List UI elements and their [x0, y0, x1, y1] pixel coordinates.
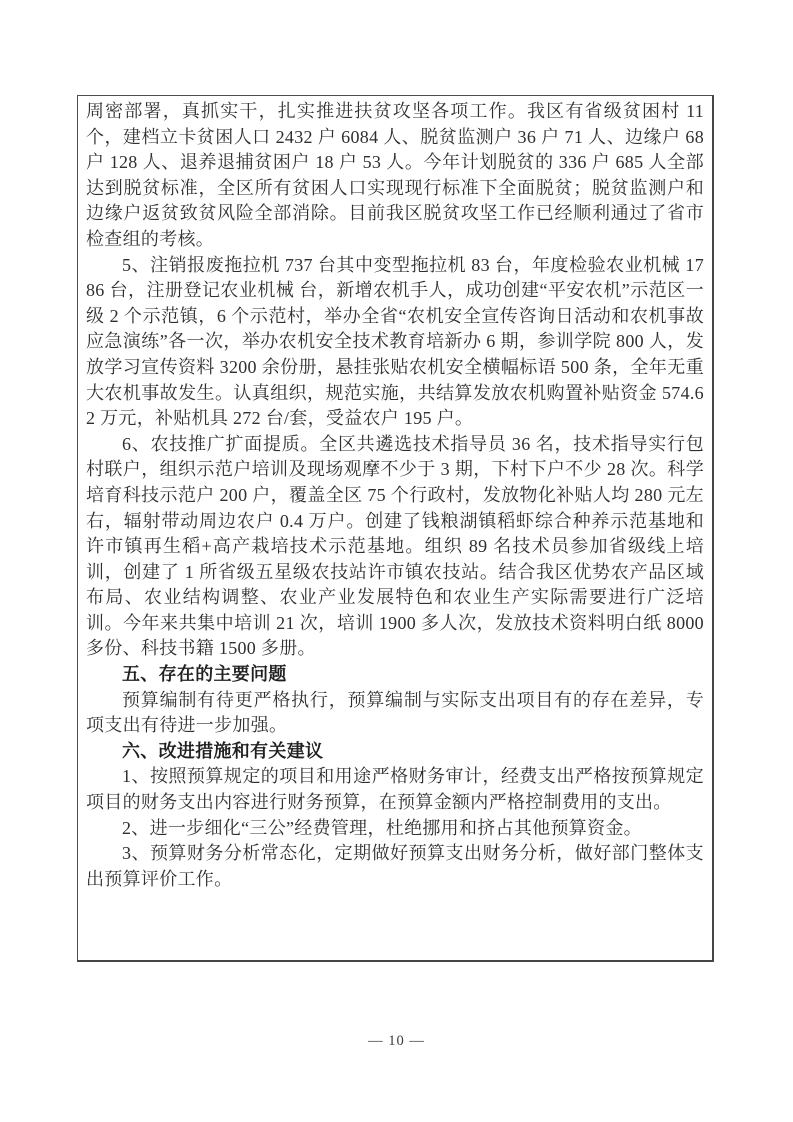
- paragraph-item-5: 5、注销报废拖拉机 737 台其中变型拖拉机 83 台，年度检验农业机械 178…: [86, 253, 704, 432]
- paragraph-suggestion-3: 3、预算财务分析常态化，定期做好预算支出财务分析，做好部门整体支出预算评价工作。: [86, 841, 704, 892]
- paragraph-continuation: 周密部署，真抓实干，扎实推进扶贫攻坚各项工作。我区有省级贫困村 11 个，建档立…: [86, 99, 704, 253]
- section-heading-5: 五、存在的主要问题: [86, 662, 704, 688]
- paragraph-item-6: 6、农技推广扩面提质。全区共遴选技术指导员 36 名，技术指导实行包村联户，组织…: [86, 432, 704, 662]
- section-heading-6: 六、改进措施和有关建议: [86, 739, 704, 765]
- content-table-cell: 周密部署，真抓实干，扎实推进扶贫攻坚各项工作。我区有省级贫困村 11 个，建档立…: [77, 95, 714, 962]
- paragraph-problems: 预算编制有待更严格执行，预算编制与实际支出项目有的存在差异，专项支出有待进一步加…: [86, 688, 704, 739]
- document-page: 周密部署，真抓实干，扎实推进扶贫攻坚各项工作。我区有省级贫困村 11 个，建档立…: [0, 0, 793, 1122]
- paragraph-suggestion-1: 1、按照预算规定的项目和用途严格财务审计，经费支出严格按预算规定项目的财务支出内…: [86, 764, 704, 815]
- page-number: — 10 —: [0, 1033, 793, 1050]
- paragraph-suggestion-2: 2、进一步细化“三公”经费管理，杜绝挪用和挤占其他预算资金。: [86, 816, 704, 842]
